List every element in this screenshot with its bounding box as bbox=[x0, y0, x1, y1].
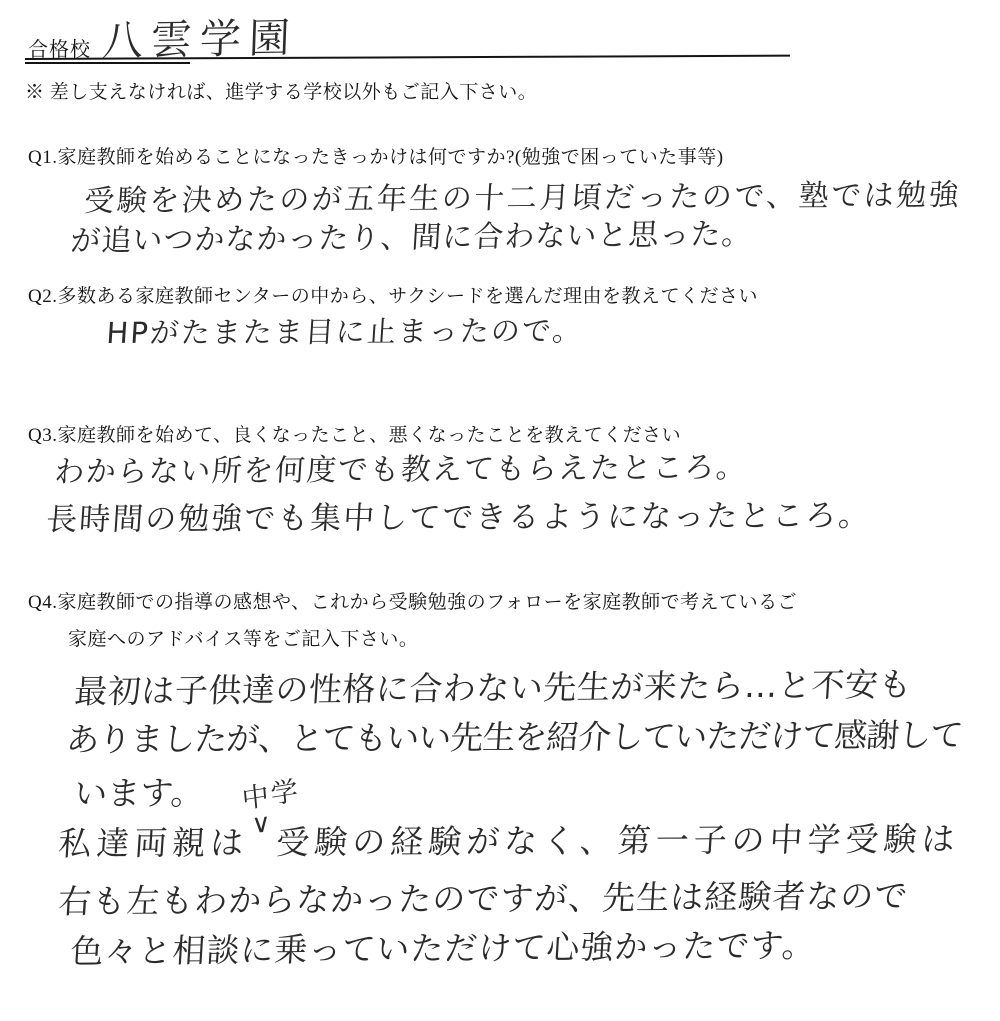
question-1: Q1.家庭教師を始めることになったきっかけは何ですか?(勉強で困っていた事等) bbox=[28, 142, 724, 169]
answer-line-4-after-insertion: 受験の経験がなく、第一子の中学受験は bbox=[275, 819, 961, 862]
questionnaire-page: 合格校 八雲学園 ※ 差し支えなければ、進学する学校以外もご記入下さい。 Q1.… bbox=[0, 0, 1000, 1021]
question-4-answer-line-6: 色々と相談に乗っていただけて心強かったです。 bbox=[69, 919, 817, 973]
header-note: ※ 差し支えなければ、進学する学校以外もご記入下さい。 bbox=[25, 77, 537, 104]
question-2: Q2.多数ある家庭教師センターの中から、サクシードを選んだ理由を教えてください bbox=[28, 281, 758, 308]
question-2-number: Q2. bbox=[28, 286, 57, 307]
question-1-text: 家庭教師を始めることになったきっかけは何ですか?(勉強で困っていた事等) bbox=[57, 147, 723, 168]
question-1-answer-line-2: が追いつかなかったり、間に合わないと思った。 bbox=[69, 209, 754, 260]
question-4-text-line-1: 家庭教師での指導の感想や、これから受験勉強のフォローを家庭教師で考えているご bbox=[57, 592, 797, 613]
question-3-number: Q3. bbox=[28, 425, 57, 446]
question-4-answer-line-5: 右も左もわからなかったのですが、先生は経験者なので bbox=[57, 870, 910, 923]
question-4-answer-line-2: ありましたが、とてもいい先生を紹介していただけて感謝して bbox=[65, 709, 964, 761]
question-4-answer-line-1: 最初は子供達の性格に合わない先生が来たら…と不安も bbox=[73, 659, 913, 713]
question-4-answer-line-3: います。 bbox=[73, 767, 205, 815]
question-2-text: 多数ある家庭教師センターの中から、サクシードを選んだ理由を教えてください bbox=[57, 286, 757, 307]
question-4-line-2: 家庭へのアドバイス等をご記入下さい。 bbox=[68, 624, 418, 651]
question-1-number: Q1. bbox=[28, 147, 57, 168]
question-3-answer-line-1: わからない所を何度でも教えてもらえたところ。 bbox=[53, 442, 749, 491]
answer-line-4-before-insertion: 私達両親は bbox=[57, 823, 250, 863]
question-4-answer-line-4: 私達両親は∨中学受験の経験がなく、第一子の中学受験は bbox=[57, 813, 961, 865]
question-4-line-1: Q4.家庭教師での指導の感想や、これから受験勉強のフォローを家庭教師で考えている… bbox=[28, 587, 797, 614]
question-3-answer-line-2: 長時間の勉強でも集中してできるようになったところ。 bbox=[45, 490, 873, 539]
question-2-answer-line-1: HPがたまたま目に止まったので。 bbox=[105, 309, 584, 353]
answer-underline-secondary bbox=[25, 62, 190, 64]
insertion-point: ∨中学 bbox=[247, 817, 278, 859]
question-4-number: Q4. bbox=[28, 592, 57, 613]
insertion-handwritten-text: 中学 bbox=[240, 768, 301, 816]
